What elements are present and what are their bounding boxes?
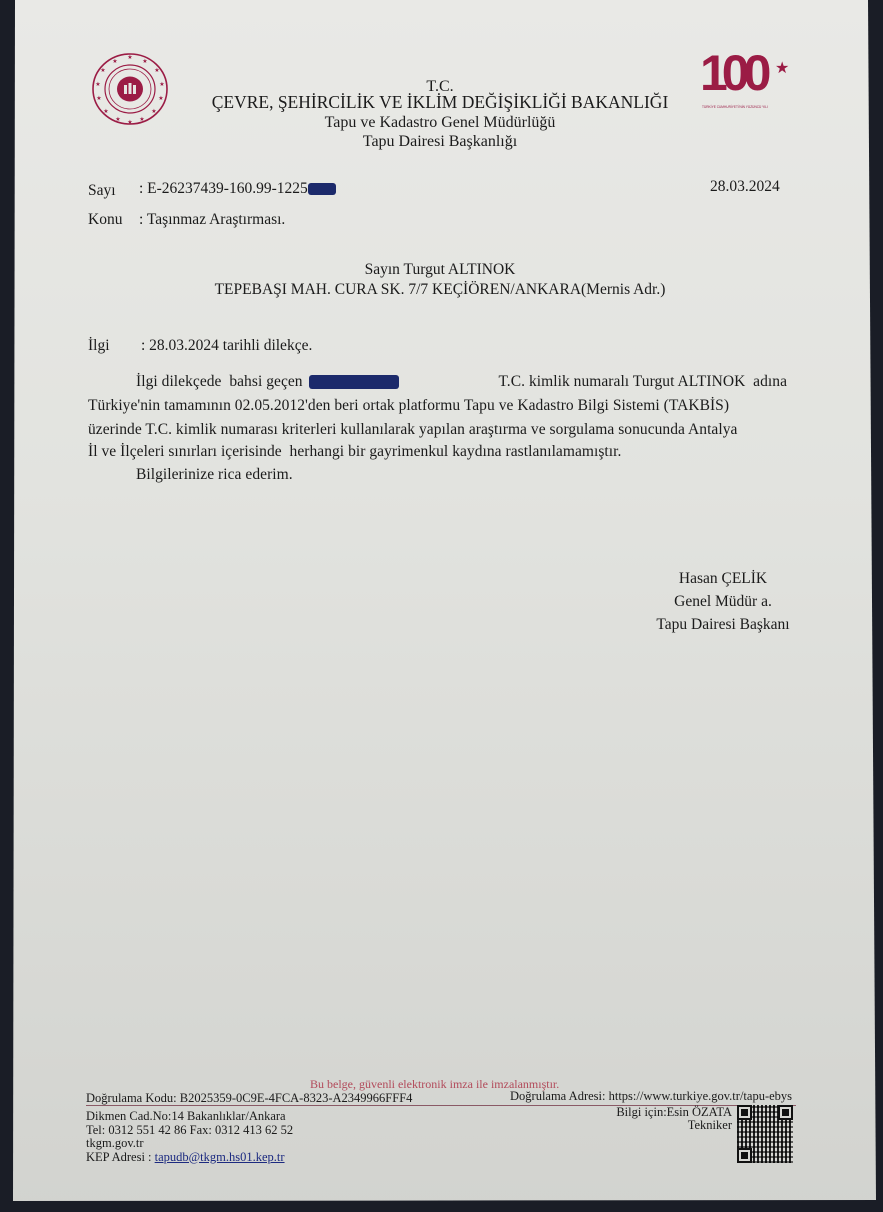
signatory-title-2: Tapu Dairesi Başkanı <box>648 613 798 636</box>
header-directorate: Tapu ve Kadastro Genel Müdürlüğü <box>180 114 700 132</box>
svg-text:★: ★ <box>103 108 108 115</box>
konu-value: : Taşınmaz Araştırması. <box>139 211 285 229</box>
header-department: Tapu Dairesi Başkanlığı <box>180 133 700 151</box>
star-icon: ★ <box>775 58 789 77</box>
svg-text:★: ★ <box>154 67 159 74</box>
closing-line: Bilgilerinize rica ederim. <box>136 466 293 484</box>
body-line-1-end: T.C. kimlik numaralı Turgut ALTINOK adın… <box>498 373 787 391</box>
ministry-seal-icon: ★★★ ★★★ ★★★ ★★★ ★★ <box>91 52 169 126</box>
sayi-number: : E-26237439-160.99-1225 <box>139 180 308 197</box>
footer-website[interactable]: tkgm.gov.tr <box>86 1137 293 1151</box>
body-line-2: Türkiye'nin tamamının 02.05.2012'den ber… <box>88 397 729 415</box>
sayi-label: Sayı <box>88 182 116 200</box>
document-page: ★★★ ★★★ ★★★ ★★★ ★★ 100 ★ TÜRKİYE CUMHURİ… <box>0 0 883 1212</box>
redacted-id-number <box>309 375 399 389</box>
recipient-address: TEPEBAŞI MAH. CURA SK. 7/7 KEÇİÖREN/ANKA… <box>140 281 740 299</box>
svg-text:★: ★ <box>142 58 147 65</box>
body-line-1: İlgi dilekçede bahsi geçen T.C. kimlik n… <box>136 373 787 391</box>
reference-value: : 28.03.2024 tarihli dilekçe. <box>141 337 312 355</box>
svg-text:★: ★ <box>159 81 164 88</box>
kep-address-link[interactable]: tapudb@tkgm.hs01.kep.tr <box>155 1150 285 1164</box>
verification-address[interactable]: Doğrulama Adresi: https://www.turkiye.go… <box>510 1089 792 1103</box>
qr-code-icon[interactable] <box>737 1105 793 1163</box>
svg-text:★: ★ <box>96 95 101 102</box>
svg-text:★: ★ <box>100 67 105 74</box>
info-contact: Bilgi için:Esin ÖZATA Tekniker <box>600 1106 732 1132</box>
signatory-title-1: Genel Müdür a. <box>648 590 798 613</box>
qr-finder-pattern <box>737 1148 752 1163</box>
qr-finder-pattern <box>778 1105 793 1120</box>
sayi-value: : E-26237439-160.99-1225 <box>139 180 336 198</box>
svg-text:★: ★ <box>95 81 100 88</box>
footer-address: Dikmen Cad.No:14 Bakanlıklar/Ankara <box>86 1110 293 1124</box>
footer-contact-block: Dikmen Cad.No:14 Bakanlıklar/Ankara Tel:… <box>86 1110 293 1164</box>
body-line-1-start: İlgi dilekçede bahsi geçen <box>136 373 303 391</box>
signatory-name: Hasan ÇELİK <box>648 567 798 590</box>
footer-phone: Tel: 0312 551 42 86 Fax: 0312 413 62 52 <box>86 1124 293 1138</box>
verification-code: Doğrulama Kodu: B2025359-0C9E-4FCA-8323-… <box>86 1091 412 1105</box>
konu-label: Konu <box>88 211 122 229</box>
redacted-block <box>308 183 336 195</box>
svg-text:★: ★ <box>127 54 132 61</box>
document-date: 28.03.2024 <box>710 178 780 196</box>
svg-text:★: ★ <box>127 119 132 126</box>
body-line-4: İl ve İlçeleri sınırları içerisinde herh… <box>88 443 621 461</box>
svg-text:★: ★ <box>139 116 144 123</box>
footer-kep: KEP Adresi : tapudb@tkgm.hs01.kep.tr <box>86 1151 293 1165</box>
kep-label: KEP Adresi : <box>86 1150 155 1164</box>
svg-text:★: ★ <box>112 58 117 65</box>
svg-text:★: ★ <box>115 116 120 123</box>
recipient-name: Sayın Turgut ALTINOK <box>180 261 700 279</box>
reference-label: İlgi <box>88 337 110 355</box>
qr-finder-pattern <box>737 1105 752 1120</box>
contact-title: Tekniker <box>600 1119 732 1132</box>
body-line-3: üzerinde T.C. kimlik numarası kriterleri… <box>88 421 737 439</box>
signature-block: Hasan ÇELİK Genel Müdür a. Tapu Dairesi … <box>648 567 798 636</box>
header-ministry: ÇEVRE, ŞEHİRCİLİK VE İKLİM DEĞİŞİKLİĞİ B… <box>140 93 740 111</box>
